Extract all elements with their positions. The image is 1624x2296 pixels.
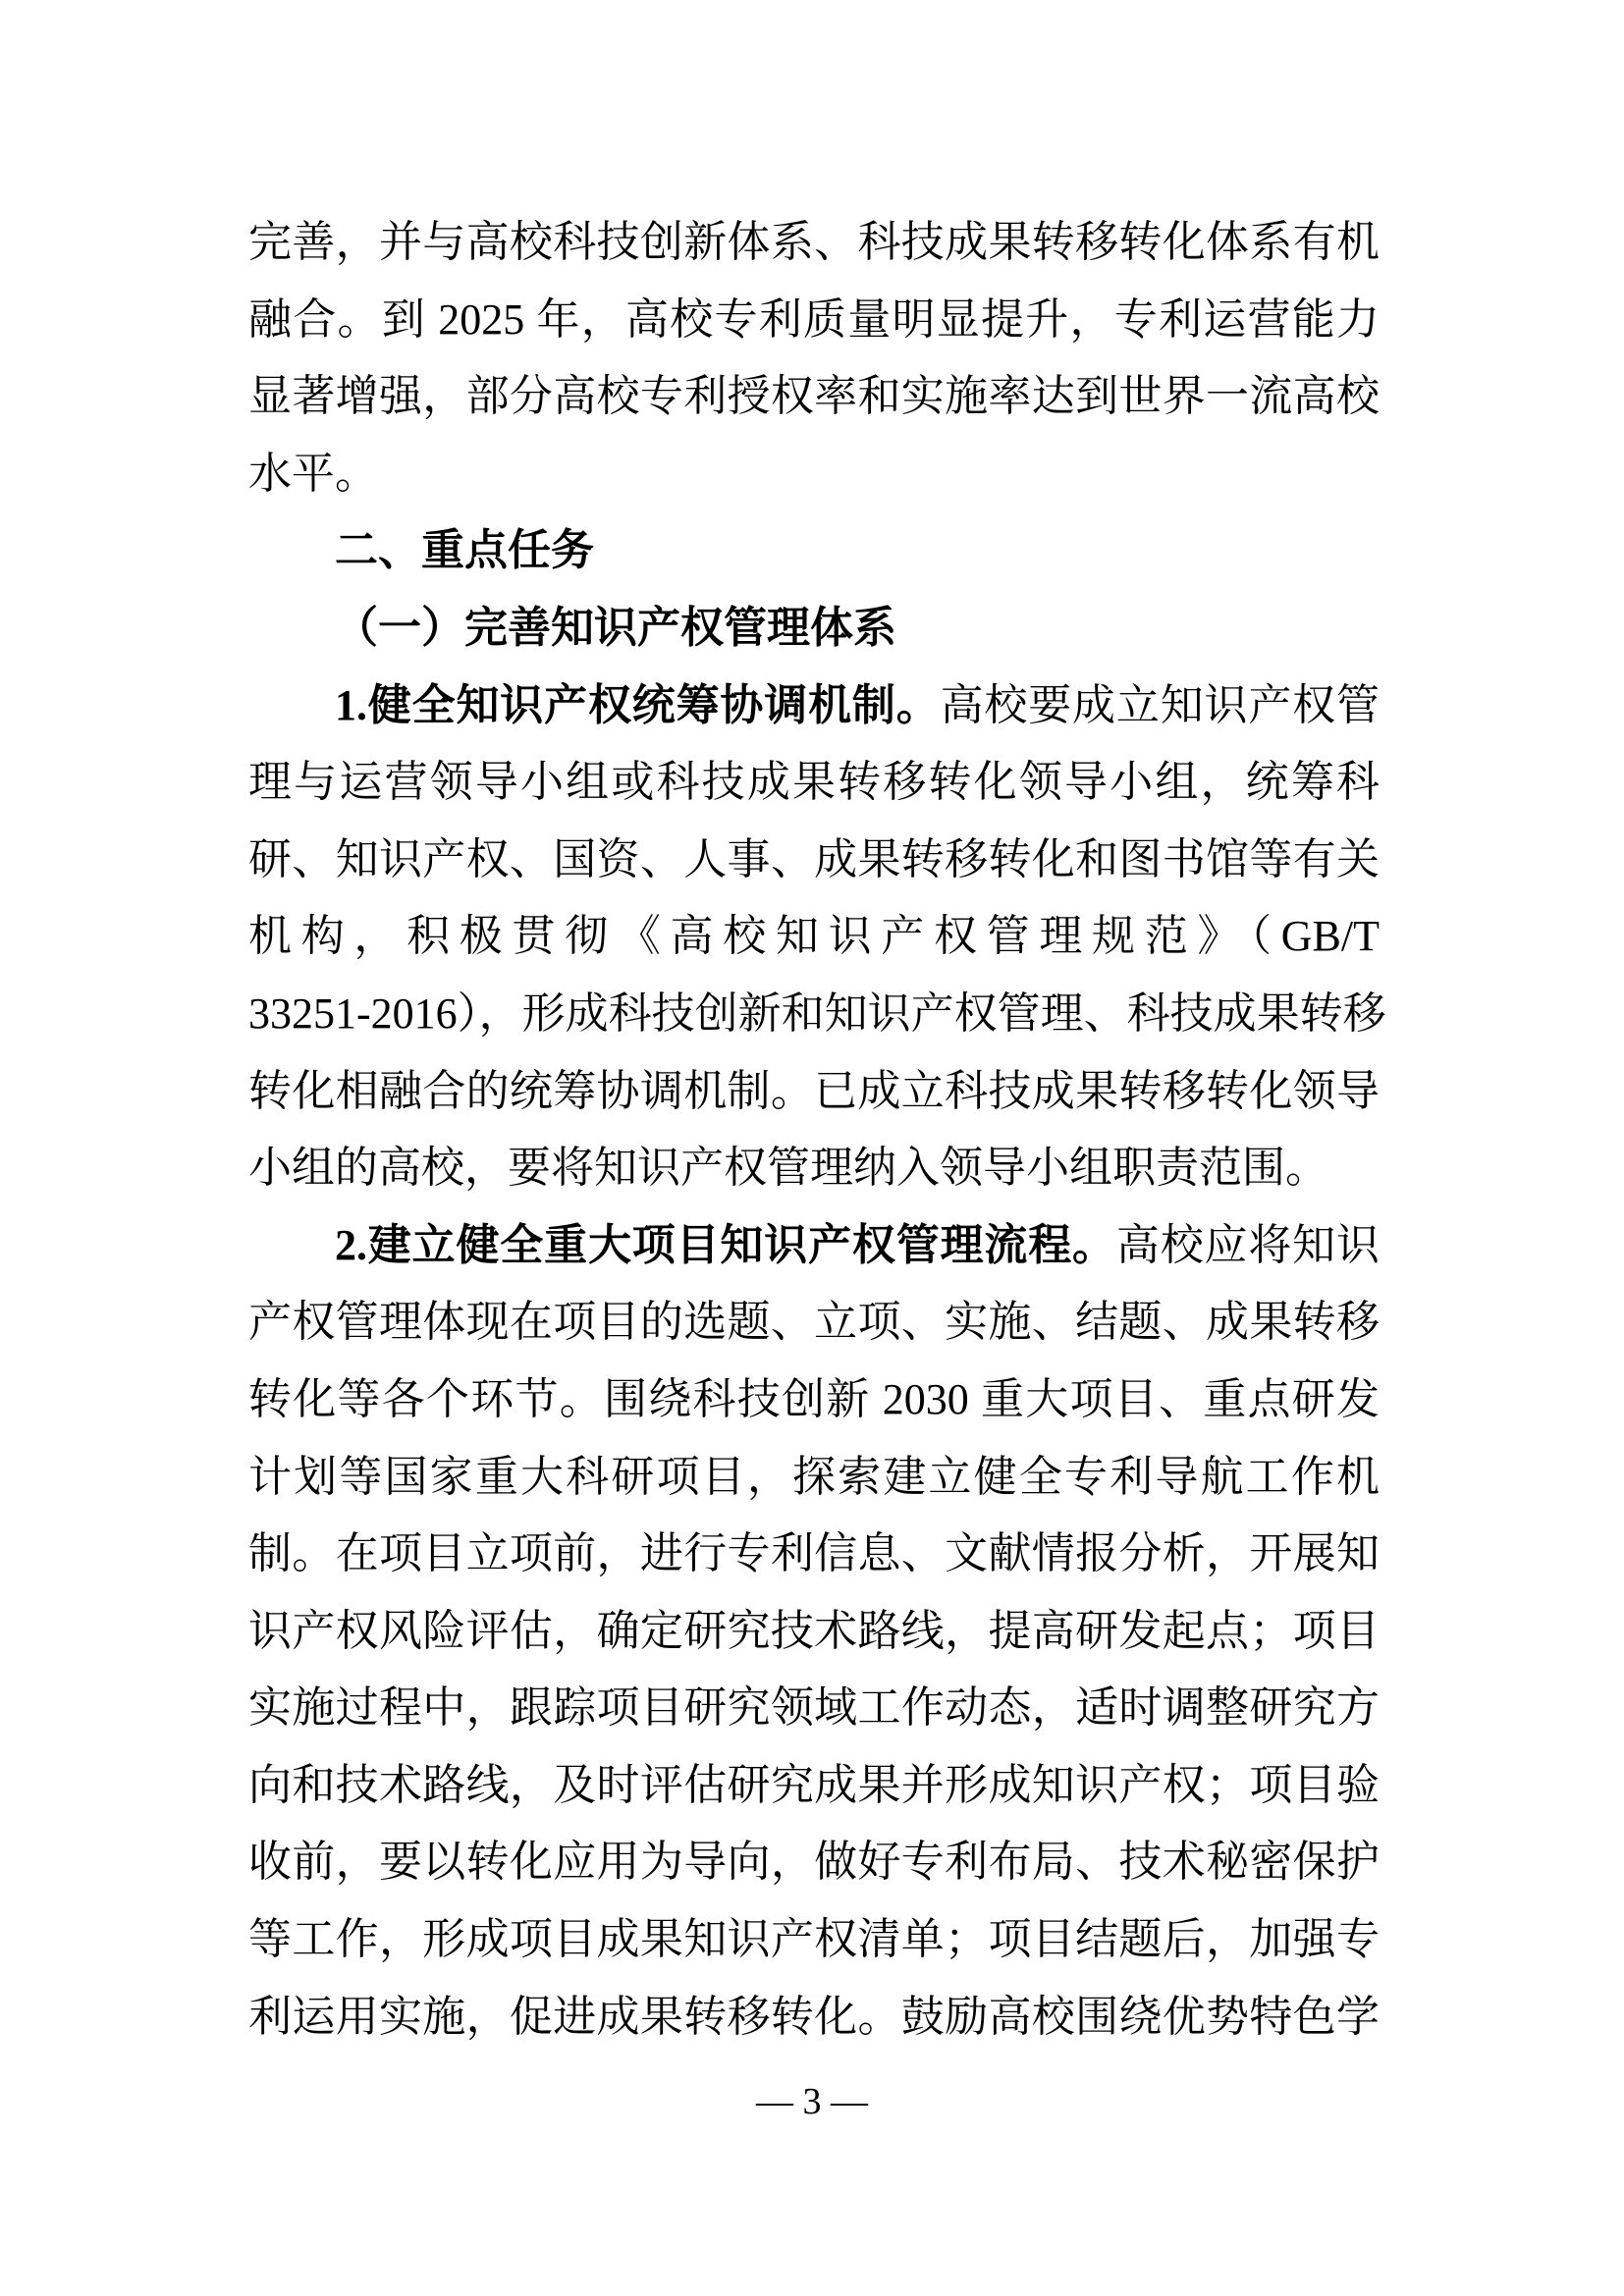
bold-run: 2.建立健全重大项目知识产权管理流程。: [335, 1221, 1116, 1269]
text-run: 利运用实施，促进成果转移转化。鼓励高校围绕优势特色学: [248, 1993, 1380, 2041]
text-run: 收前，要以转化应用为导向，做好专利布局、技术秘密保护: [248, 1838, 1380, 1886]
text-run: 机构，积极贯彻《高校知识产权管理规范》（GB/T: [248, 912, 1380, 960]
body-text-line: 实施过程中，跟踪项目研究领域工作动态，适时调整研究方: [248, 1670, 1380, 1747]
text-run: 完善，并与高校科技创新体系、科技成果转移转化体系有机: [248, 218, 1380, 266]
page-number: — 3 —: [0, 2079, 1624, 2124]
heading-section: 二、重点任务: [248, 512, 1380, 590]
body-text-line: 水平。: [248, 436, 1380, 513]
text-run: 识产权风险评估，确定研究技术路线，提高研发起点；项目: [248, 1607, 1380, 1655]
body-text-line: 显著增强，部分高校专利授权率和实施率达到世界一流高校: [248, 358, 1380, 436]
text-run: 融合。到 2025 年，高校专利质量明显提升，专利运营能力: [248, 295, 1380, 344]
body-text-line: 制。在项目立项前，进行专利信息、文献情报分析，开展知: [248, 1516, 1380, 1593]
body-text-line: 计划等国家重大科研项目，探索建立健全专利导航工作机: [248, 1439, 1380, 1517]
document-page: 完善，并与高校科技创新体系、科技成果转移转化体系有机 融合。到 2025 年，高…: [0, 0, 1624, 2296]
body-text-line: 1.健全知识产权统筹协调机制。高校要成立知识产权管: [248, 667, 1380, 745]
body-text-line: 产权管理体现在项目的选题、立项、实施、结题、成果转移: [248, 1284, 1380, 1362]
text-run: 制。在项目立项前，进行专利信息、文献情报分析，开展知: [248, 1529, 1380, 1577]
text-run: 高校要成立知识产权管: [941, 681, 1380, 729]
text-run: 产权管理体现在项目的选题、立项、实施、结题、成果转移: [248, 1298, 1380, 1346]
body-text-line: 研、知识产权、国资、人事、成果转移转化和图书馆等有关: [248, 822, 1380, 899]
bold-run: 1.健全知识产权统筹协调机制。: [335, 681, 941, 729]
body-text-line: 转化相融合的统筹协调机制。已成立科技成果转移转化领导: [248, 1053, 1380, 1131]
text-run: 小组的高校，要将知识产权管理纳入领导小组职责范围。: [248, 1144, 1328, 1192]
text-run: 转化等各个环节。围绕科技创新 2030 重大项目、重点研发: [248, 1375, 1380, 1423]
heading-text: （一）完善知识产权管理体系: [335, 604, 896, 652]
body-text-line: 机构，积极贯彻《高校知识产权管理规范》（GB/T: [248, 898, 1380, 976]
body-text-line: 等工作，形成项目成果知识产权清单；项目结题后，加强专: [248, 1901, 1380, 1979]
text-run: 水平。: [248, 450, 378, 498]
text-run: 向和技术路线，及时评估研究成果并形成知识产权；项目验: [248, 1761, 1380, 1809]
body-text-line: 33251-2016），形成科技创新和知识产权管理、科技成果转移: [248, 976, 1380, 1053]
text-run: 转化相融合的统筹协调机制。已成立科技成果转移转化领导: [248, 1067, 1380, 1115]
body-text-line: 收前，要以转化应用为导向，做好专利布局、技术秘密保护: [248, 1824, 1380, 1901]
text-run: 高校应将知识: [1116, 1221, 1380, 1269]
text-run: 显著增强，部分高校专利授权率和实施率达到世界一流高校: [248, 372, 1380, 420]
body-text-line: 转化等各个环节。围绕科技创新 2030 重大项目、重点研发: [248, 1362, 1380, 1439]
body-text-line: 融合。到 2025 年，高校专利质量明显提升，专利运营能力: [248, 282, 1380, 359]
body-text-line: 理与运营领导小组或科技成果转移转化领导小组，统筹科: [248, 744, 1380, 822]
body-text-line: 完善，并与高校科技创新体系、科技成果转移转化体系有机: [248, 204, 1380, 282]
text-run: 33251-2016），形成科技创新和知识产权管理、科技成果转移: [248, 989, 1386, 1038]
heading-subsection: （一）完善知识产权管理体系: [248, 590, 1380, 667]
document-body: 完善，并与高校科技创新体系、科技成果转移转化体系有机 融合。到 2025 年，高…: [248, 204, 1380, 2056]
body-text-line: 向和技术路线，及时评估研究成果并形成知识产权；项目验: [248, 1747, 1380, 1825]
heading-text: 二、重点任务: [335, 526, 594, 574]
text-run: 研、知识产权、国资、人事、成果转移转化和图书馆等有关: [248, 835, 1380, 883]
text-run: 实施过程中，跟踪项目研究领域工作动态，适时调整研究方: [248, 1683, 1380, 1732]
body-text-line: 小组的高校，要将知识产权管理纳入领导小组职责范围。: [248, 1130, 1380, 1207]
text-run: 等工作，形成项目成果知识产权清单；项目结题后，加强专: [248, 1915, 1380, 1963]
text-run: 计划等国家重大科研项目，探索建立健全专利导航工作机: [248, 1453, 1380, 1501]
body-text-line: 识产权风险评估，确定研究技术路线，提高研发起点；项目: [248, 1593, 1380, 1671]
text-run: 理与运营领导小组或科技成果转移转化领导小组，统筹科: [248, 758, 1380, 806]
body-text-line: 2.建立健全重大项目知识产权管理流程。高校应将知识: [248, 1207, 1380, 1285]
body-text-line: 利运用实施，促进成果转移转化。鼓励高校围绕优势特色学: [248, 1979, 1380, 2056]
